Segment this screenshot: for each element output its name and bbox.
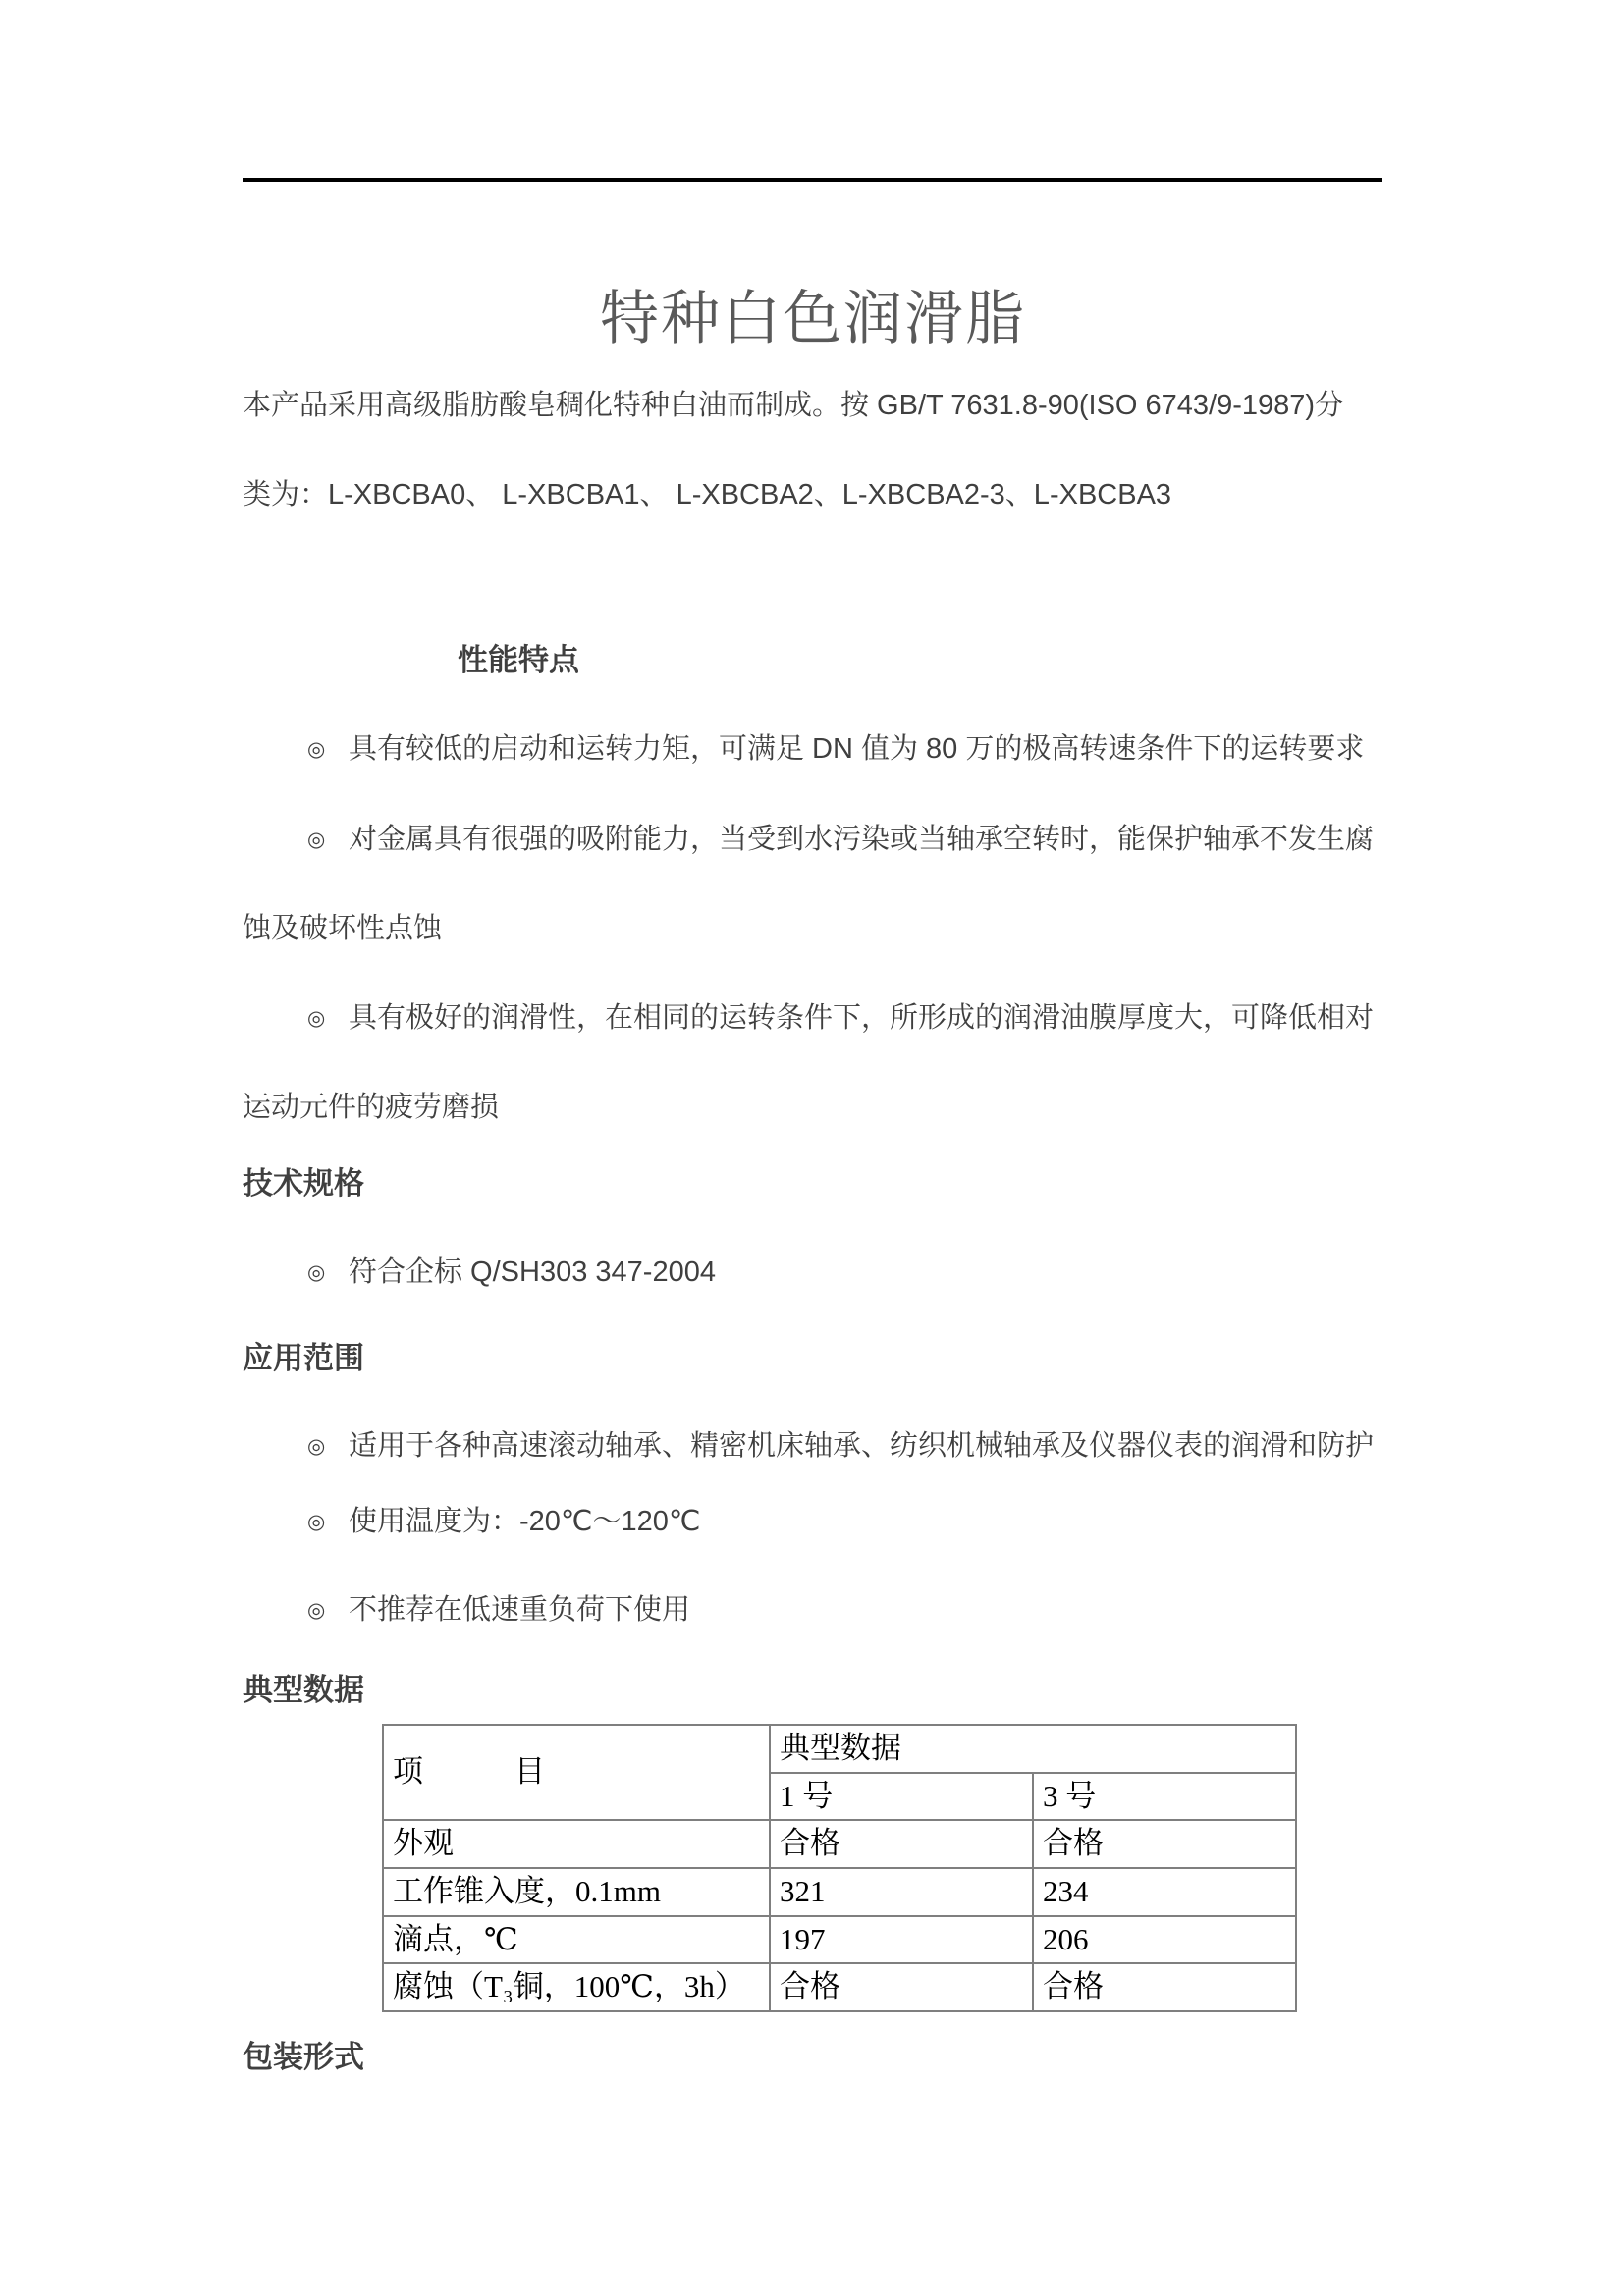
bullet-text: 不推荐在低速重负荷下使用 (349, 1594, 690, 1626)
bullet-item: ◎使用温度为：-20℃～120℃ (307, 1503, 700, 1541)
table-row: 滴点，℃ 197 206 (383, 1916, 1296, 1963)
table-cell-item: 工作锥入度，0.1mm (383, 1868, 770, 1916)
bullet-icon: ◎ (307, 1000, 349, 1038)
section-heading-specs: 技术规格 (243, 1164, 364, 1203)
table-cell-value: 合格 (1033, 1963, 1296, 2011)
intro-line-1: 本产品采用高级脂肪酸皂稠化特种白油而制成。按 GB/T 7631.8-90(IS… (243, 387, 1343, 424)
table-cell-value: 合格 (770, 1963, 1033, 2011)
table-row: 腐蚀（T₃铜，100℃，3h） 合格 合格 (383, 1963, 1296, 2011)
table-cell-item: 滴点，℃ (383, 1916, 770, 1963)
bullet-text: 具有极好的润滑性，在相同的运转条件下，所形成的润滑油膜厚度大，可降低相对 (349, 1002, 1374, 1034)
table-cell-value: 合格 (770, 1820, 1033, 1868)
section-heading-performance: 性能特点 (458, 641, 579, 680)
table-cell-value: 合格 (1033, 1820, 1296, 1868)
bullet-icon: ◎ (307, 1592, 349, 1629)
typical-data-table: 项 目 典型数据 1 号 3 号 外观 合格 合格 工作锥入度，0.1mm 32… (382, 1724, 1297, 2012)
table-cell-item: 腐蚀（T₃铜，100℃，3h） (383, 1963, 770, 2011)
bullet-text: 使用温度为：-20℃～120℃ (349, 1506, 700, 1537)
bullet-text: 对金属具有很强的吸附能力，当受到水污染或当轴承空转时，能保护轴承不发生腐 (349, 824, 1374, 855)
table-cell-value: 197 (770, 1916, 1033, 1963)
table-header-group: 典型数据 (770, 1725, 1296, 1773)
document-page: 特种白色润滑脂 本产品采用高级脂肪酸皂稠化特种白油而制成。按 GB/T 7631… (0, 0, 1624, 2296)
table-row: 工作锥入度，0.1mm 321 234 (383, 1868, 1296, 1916)
table-row: 外观 合格 合格 (383, 1820, 1296, 1868)
bullet-text: 具有较低的启动和运转力矩，可满足 DN 值为 80 万的极高转速条件下的运转要求 (349, 733, 1364, 765)
table-header-col-3: 3 号 (1033, 1773, 1296, 1820)
bullet-icon: ◎ (307, 1504, 349, 1541)
table-cell-value: 321 (770, 1868, 1033, 1916)
table-header-col-1: 1 号 (770, 1773, 1033, 1820)
bullet-item: ◎具有较低的启动和运转力矩，可满足 DN 值为 80 万的极高转速条件下的运转要… (307, 730, 1364, 769)
continuation-line: 蚀及破坏性点蚀 (243, 910, 442, 947)
bullet-icon: ◎ (307, 731, 349, 769)
table-cell-item: 外观 (383, 1820, 770, 1868)
bullet-item: ◎不推荐在低速重负荷下使用 (307, 1591, 690, 1629)
document-title: 特种白色润滑脂 (243, 285, 1383, 352)
section-heading-packaging: 包装形式 (243, 2038, 364, 2077)
section-heading-typical-data: 典型数据 (243, 1671, 364, 1710)
table-header-item: 项 目 (383, 1725, 770, 1820)
bullet-item: ◎符合企标 Q/SH303 347-2004 (307, 1254, 716, 1292)
bullet-text: 适用于各种高速滚动轴承、精密机床轴承、纺织机械轴承及仪器仪表的润滑和防护 (349, 1430, 1374, 1462)
table-cell-value: 206 (1033, 1916, 1296, 1963)
table-cell-value: 234 (1033, 1868, 1296, 1916)
bullet-item: ◎具有极好的润滑性，在相同的运转条件下，所形成的润滑油膜厚度大，可降低相对 (307, 999, 1374, 1038)
bullet-text: 符合企标 Q/SH303 347-2004 (349, 1256, 716, 1288)
table-header-row-1: 项 目 典型数据 (383, 1725, 1296, 1773)
continuation-line: 运动元件的疲劳磨损 (243, 1089, 499, 1126)
bullet-icon: ◎ (307, 1255, 349, 1292)
intro-line-2: 类为：L-XBCBA0、 L-XBCBA1、 L-XBCBA2、L-XBCBA2… (243, 476, 1171, 513)
bullet-icon: ◎ (307, 822, 349, 859)
section-heading-applications: 应用范围 (243, 1339, 364, 1378)
bullet-item: ◎适用于各种高速滚动轴承、精密机床轴承、纺织机械轴承及仪器仪表的润滑和防护 (307, 1427, 1374, 1466)
bullet-item: ◎对金属具有很强的吸附能力，当受到水污染或当轴承空转时，能保护轴承不发生腐 (307, 821, 1374, 859)
bullet-icon: ◎ (307, 1428, 349, 1466)
top-divider (243, 178, 1382, 182)
